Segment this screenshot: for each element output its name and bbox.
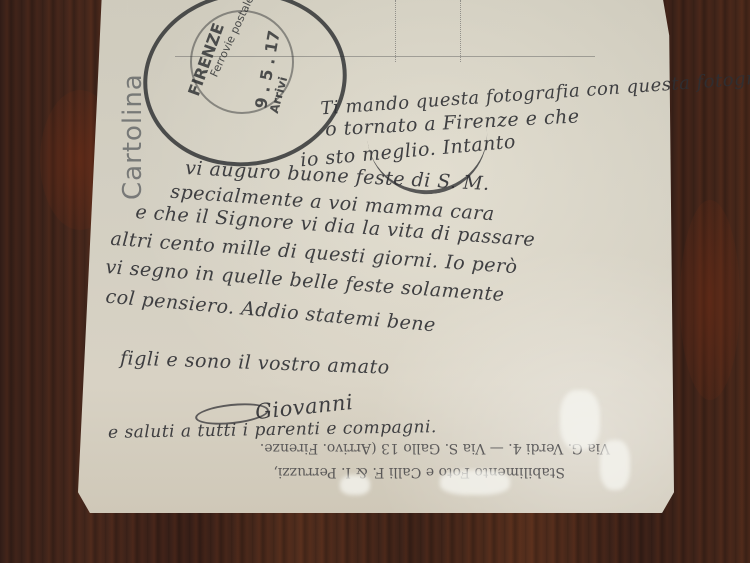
stamp-box-line [460,0,461,62]
paper-wear-spot [340,475,370,495]
wood-grain-stain [680,200,740,400]
paper-wear-spot [440,470,510,495]
paper-wear-spot [560,390,600,450]
publisher-line-upside-down: Via G. Verdi 4. — Via S. Gallo 13 (Arriv… [130,440,610,456]
paper-wear-spot [600,440,630,490]
stamp-box-line [395,0,396,62]
